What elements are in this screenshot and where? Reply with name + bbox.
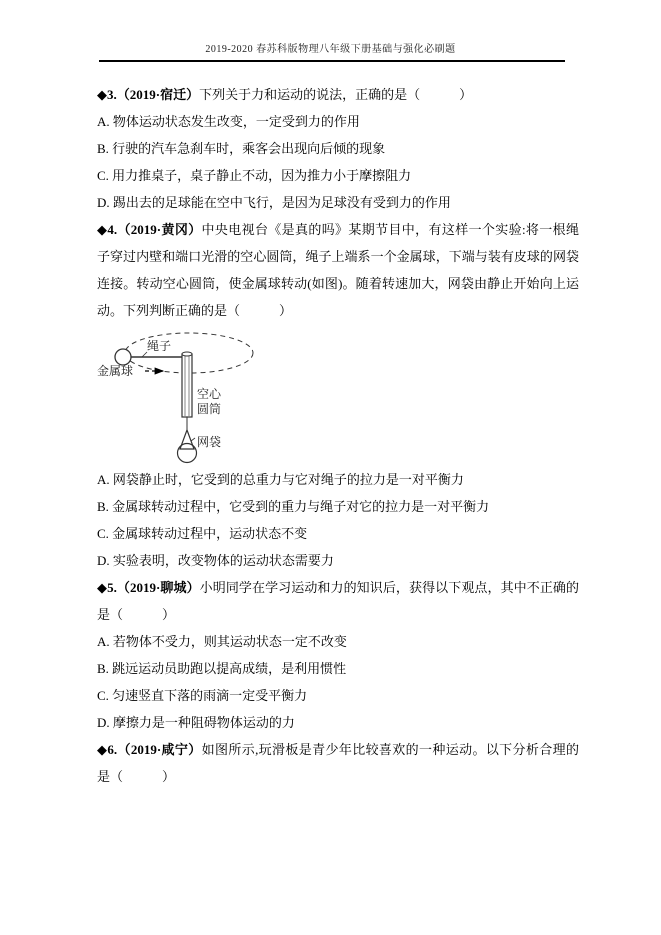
question-4-option-c: C. 金属球转动过程中，运动状态不变 <box>97 520 579 547</box>
hollow-cylinder-shape <box>182 354 192 417</box>
net-bag-triangle <box>180 430 194 449</box>
rope-label: 绳子 <box>147 339 171 353</box>
question-3-option-b: B. 行驶的汽车急刹车时，乘客会出现向后倾的现象 <box>97 135 579 162</box>
question-4-option-b: B. 金属球转动过程中，它受到的重力与绳子对它的拉力是一对平衡力 <box>97 493 579 520</box>
question-4-option-a: A. 网袋静止时，它受到的总重力与它对绳子的拉力是一对平衡力 <box>97 466 579 493</box>
question-4-option-d: D. 实验表明，改变物体的运动状态需要力 <box>97 547 579 574</box>
question-3-option-a: A. 物体运动状态发生改变，一定受到力的作用 <box>97 108 579 135</box>
question-5: ◆5.（2019·聊城）小明同学在学习运动和力的知识后，获得以下观点，其中不正确… <box>97 574 579 628</box>
cylinder-label-line2: 圆筒 <box>197 402 221 416</box>
header-divider <box>99 60 565 62</box>
question-5-prefix: ◆5.（2019·聊城） <box>97 580 200 595</box>
question-5-option-b: B. 跳远运动员助跑以提高成绩，是利用惯性 <box>97 655 579 682</box>
question-3-stem: 下列关于力和运动的说法，正确的是（ ） <box>199 87 472 102</box>
question-6: ◆6.（2019·咸宁）如图所示,玩滑板是青少年比较喜欢的一种运动。以下分析合理… <box>97 736 579 790</box>
cylinder-top-ellipse <box>182 352 192 356</box>
metal-ball-shape <box>115 349 131 365</box>
question-5-option-c: C. 匀速竖直下落的雨滴一定受平衡力 <box>97 682 579 709</box>
question-3-option-c: C. 用力推桌子，桌子静止不动，因为推力小于摩擦阻力 <box>97 162 579 189</box>
rotating-ball-diagram: 绳子 金属球 空心 圆筒 网袋 <box>97 330 257 466</box>
question-4-figure: 绳子 金属球 空心 圆筒 网袋 <box>97 330 579 466</box>
question-3: ◆3.（2019·宿迁）下列关于力和运动的说法，正确的是（ ） <box>97 81 579 108</box>
net-bag-ball <box>178 444 197 463</box>
exam-content: ◆3.（2019·宿迁）下列关于力和运动的说法，正确的是（ ） A. 物体运动状… <box>97 81 579 790</box>
net-bag-label: 网袋 <box>197 434 221 449</box>
net-bag-label-leader <box>191 438 195 441</box>
question-5-option-d: D. 摩擦力是一种阻碍物体运动的力 <box>97 709 579 736</box>
document-page: 2019-2020 春苏科版物理八年级下册基础与强化必刷题 ◆3.（2019·宿… <box>0 0 661 935</box>
question-3-prefix: ◆3.（2019·宿迁） <box>97 87 199 102</box>
question-4-prefix: ◆4.（2019·黄冈） <box>97 222 202 237</box>
question-4: ◆4.（2019·黄冈）中央电视台《是真的吗》某期节目中，有这样一个实验:将一根… <box>97 216 579 324</box>
question-6-prefix: ◆6.（2019·咸宁） <box>97 742 202 757</box>
metal-ball-label: 金属球 <box>97 363 133 378</box>
question-5-option-a: A. 若物体不受力，则其运动状态一定不改变 <box>97 628 579 655</box>
cylinder-label-line1: 空心 <box>197 386 222 401</box>
question-3-option-d: D. 踢出去的足球能在空中飞行，是因为足球没有受到力的作用 <box>97 189 579 216</box>
page-header-title: 2019-2020 春苏科版物理八年级下册基础与强化必刷题 <box>0 40 661 55</box>
